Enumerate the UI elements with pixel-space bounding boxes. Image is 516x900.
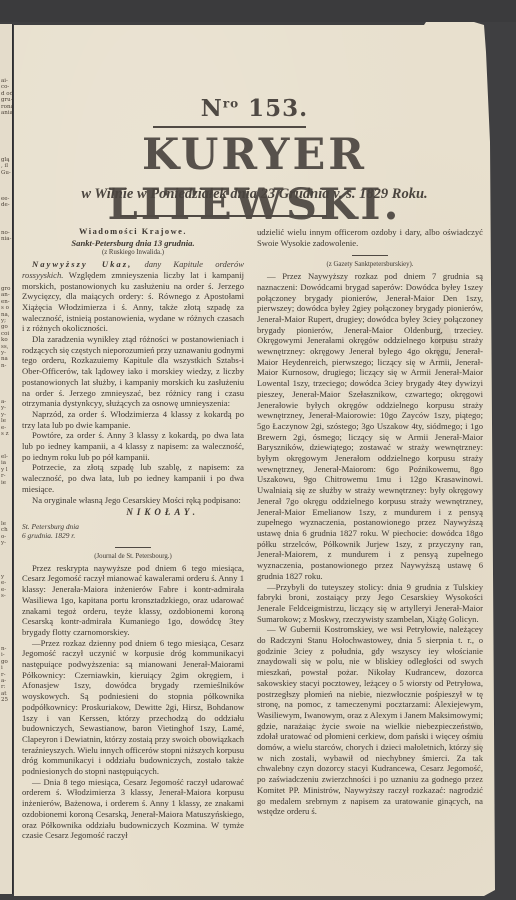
column-gutter: [251, 227, 252, 837]
signature: NIKOŁAY.: [22, 507, 244, 518]
article-paragraph: — Przez Naywyższy rozkaz pod dniem 7 gru…: [257, 271, 483, 581]
left-column: Wiadomości Krajowe. Sankt-Petersburg dni…: [22, 227, 244, 841]
article-paragraph: — Dnia 8 tego miesiąca, Cesarz Jegomość …: [22, 777, 244, 841]
masthead-rule-bottom: [120, 215, 327, 217]
article-paragraph: —Przybyli do tuteyszey stolicy: dnia 9 g…: [257, 582, 483, 625]
article-paragraph: Powtóre, za order ś. Anny 3 klassy z kok…: [22, 430, 244, 462]
article-paragraph: Naywyższy Ukaz, dany Kapitule orderów ro…: [22, 259, 244, 334]
article-paragraph: Przez reskrypta naywyższe pod dniem 6 te…: [22, 563, 244, 638]
article-paragraph: Na oryginale własną Jego Cesarskiey Mośc…: [22, 495, 244, 506]
previous-page-edge: ai- co- d od gru- rona ania glą , il Gu-…: [0, 24, 13, 894]
right-column: udzielić wielu innym officerom ozdoby i …: [257, 227, 483, 817]
section-divider: [352, 255, 388, 256]
article-paragraph: Potrzecie, za złotą szpadę lub szablę, z…: [22, 462, 244, 494]
news-source: (z Ruskiego Inwalida.): [22, 248, 244, 259]
section-heading: Wiadomości Krajowe.: [22, 227, 244, 238]
article-paragraph: Naprzód, za order ś. Włodzimierza 4 klas…: [22, 409, 244, 430]
scan-background: [0, 0, 516, 22]
news-dateline: Sankt-Petersburg dnia 13 grudnia.: [22, 238, 244, 249]
gazette-source: (z Gazety Sanktpetersburskiey).: [257, 260, 483, 271]
issue-number: Nro 153.: [14, 95, 495, 122]
section-divider: [115, 547, 151, 548]
place-date: St. Petersburg dnia 6 grudnia. 1829 r.: [22, 522, 244, 540]
article-paragraph: Dla zaradzenia wynikłey ztąd różności w …: [22, 334, 244, 409]
newspaper-page: Nro 153. KURYER LITEWSKI. w Wilnie w Pon…: [14, 22, 495, 896]
article-paragraph: udzielić wielu innym officerom ozdoby i …: [257, 227, 483, 248]
article-paragraph: — W Gubernii Kostromskiey, we wsi Petrył…: [257, 624, 483, 817]
masthead-rule-top: [153, 126, 306, 128]
article-paragraph: —Przez rozkaz dzienny pod dniem 6 tego m…: [22, 638, 244, 777]
journal-source: (Journal de St. Petersbourg.): [22, 552, 244, 563]
issue-dateline: w Wilnie w Poniedziałek dnia 23 Grudnia …: [14, 186, 495, 203]
